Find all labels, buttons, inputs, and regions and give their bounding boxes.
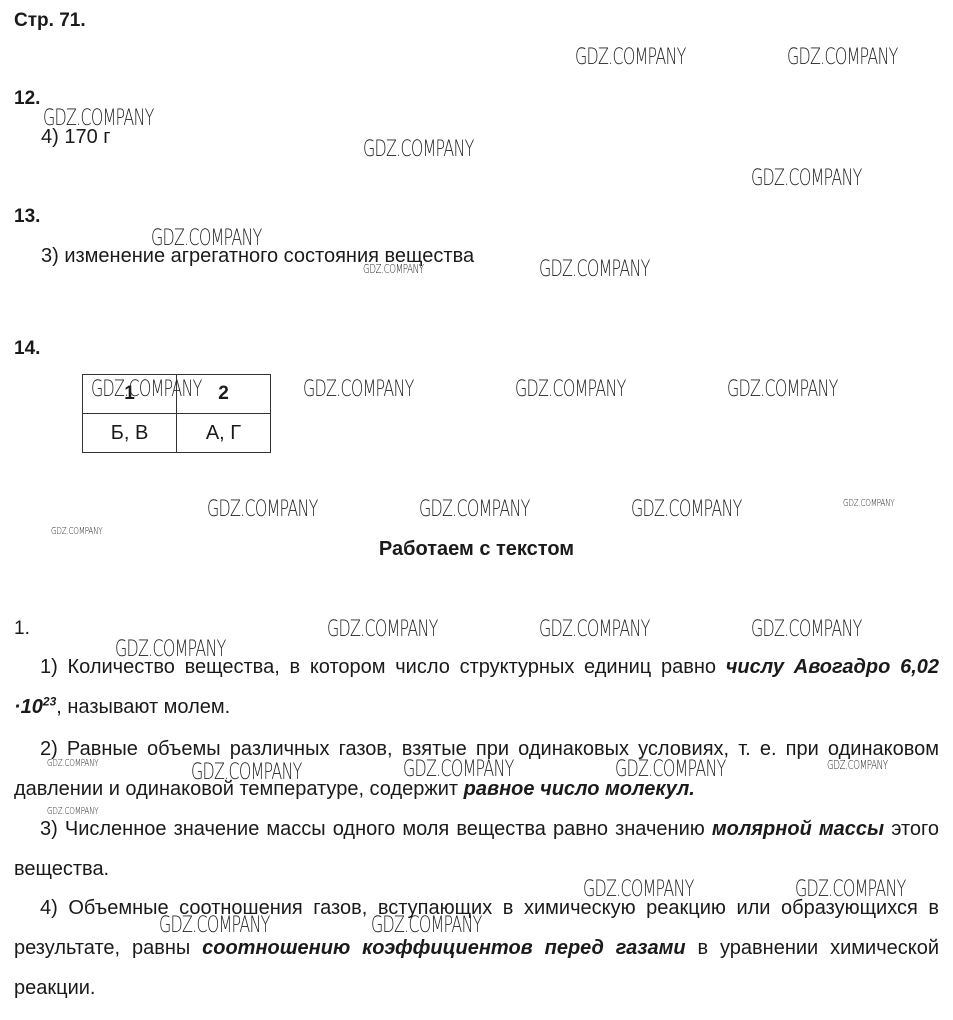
watermark: GDZ.COMPANY — [207, 499, 318, 521]
table-cell-1: Б, В — [83, 414, 177, 453]
watermark: GDZ.COMPANY — [115, 639, 226, 661]
task-14-number: 14. — [14, 338, 40, 360]
watermark: GDZ.COMPANY — [795, 879, 906, 901]
paragraph-4: 4) Объемные соотношения газов, вступающи… — [14, 888, 939, 1008]
watermark: GDZ.COMPANY — [419, 499, 530, 521]
watermark: GDZ.COMPANY — [631, 499, 742, 521]
section-title: Работаем с текстом — [0, 538, 953, 561]
watermark: GDZ.COMPANY — [583, 879, 694, 901]
table-cell-2: А, Г — [177, 414, 271, 453]
watermark: GDZ.COMPANY — [403, 759, 514, 781]
watermark: GDZ.COMPANY — [575, 47, 686, 69]
watermark: GDZ.COMPANY — [727, 379, 838, 401]
watermark: GDZ.COMPANY — [47, 807, 98, 817]
task-12-number: 12. — [14, 88, 40, 110]
watermark: GDZ.COMPANY — [303, 379, 414, 401]
watermark: GDZ.COMPANY — [43, 108, 154, 130]
watermark: GDZ.COMPANY — [843, 499, 894, 509]
watermark: GDZ.COMPANY — [827, 759, 888, 771]
watermark: GDZ.COMPANY — [751, 168, 862, 190]
watermark: GDZ.COMPANY — [363, 263, 424, 275]
watermark: GDZ.COMPANY — [751, 619, 862, 641]
watermark: GDZ.COMPANY — [51, 527, 102, 537]
watermark: GDZ.COMPANY — [539, 259, 650, 281]
watermark: GDZ.COMPANY — [47, 759, 98, 769]
watermark: GDZ.COMPANY — [615, 759, 726, 781]
text-task-number: 1. — [14, 618, 30, 640]
task-13-number: 13. — [14, 206, 40, 228]
watermark: GDZ.COMPANY — [91, 379, 202, 401]
watermark: GDZ.COMPANY — [371, 915, 482, 937]
watermark: GDZ.COMPANY — [327, 619, 438, 641]
page-header: Стр. 71. — [14, 10, 86, 32]
watermark: GDZ.COMPANY — [515, 379, 626, 401]
watermark: GDZ.COMPANY — [363, 139, 474, 161]
watermark: GDZ.COMPANY — [159, 915, 270, 937]
watermark: GDZ.COMPANY — [151, 228, 262, 250]
watermark: GDZ.COMPANY — [191, 762, 302, 784]
watermark: GDZ.COMPANY — [539, 619, 650, 641]
watermark: GDZ.COMPANY — [787, 47, 898, 69]
